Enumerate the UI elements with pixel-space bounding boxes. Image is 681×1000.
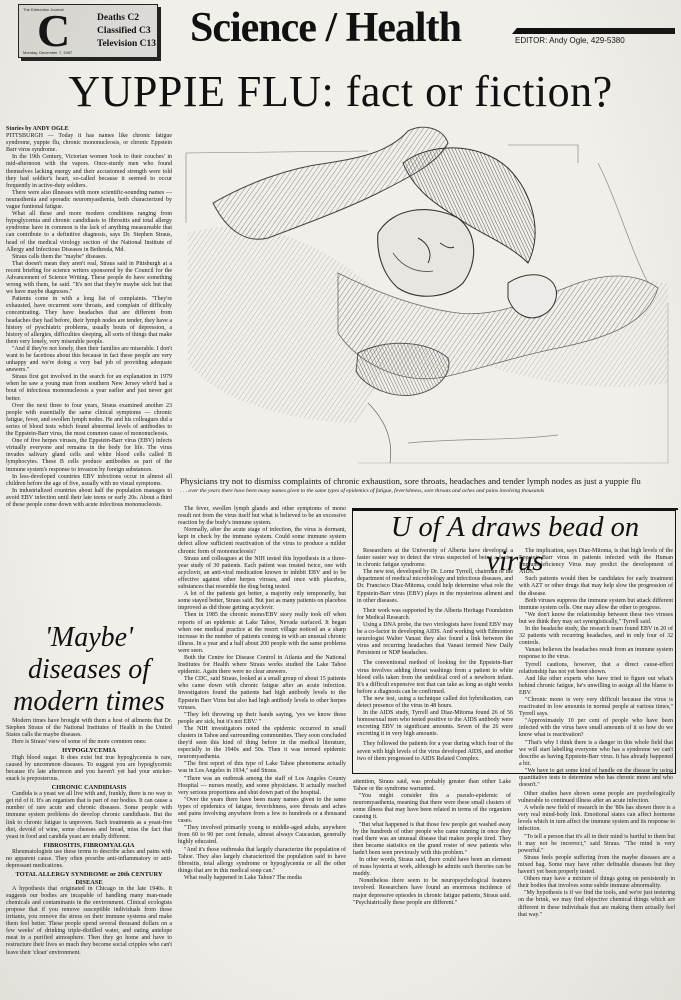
main-headline: YUPPIE FLU: fact or fiction? [0,66,681,118]
paragraph: Others may have a mixture of things goin… [518,876,675,890]
paragraph: "That's why I think there is a danger in… [519,740,673,768]
paragraph: The fever, swollen lymph glands and othe… [178,506,346,527]
paragraph: "There was an outbreak among the staff o… [178,776,346,797]
paragraph: The implication, says Diaz-Mitoma, is th… [519,548,673,576]
paragraph: Their work was supported by the Alberta … [357,608,513,622]
paragraph: Straus calls them the "maybe" diseases. [6,254,172,261]
paragraph: Both viruses suppress the immune system … [519,598,673,612]
paragraph: One of five herpes viruses, the Eppstein… [6,438,172,473]
paragraph: "But what happened is that those few peo… [353,822,511,857]
paragraph: Nonetheless there seem to be neuropsycho… [353,878,511,906]
entry-heading-fibrositis: FIBROSITIS, FIBROMYALGIA [6,842,172,849]
paragraph: "We have to get some kind of handle on t… [519,768,673,789]
title-rule [512,28,675,34]
main-story-column-4: Other studies have shown some people are… [518,791,675,919]
entry-text: Candida is a yeast we all live with and,… [6,791,172,841]
paragraph: Using a DNA probe, the two virologists h… [357,622,513,657]
section-index-box: The Edmonton Journal C Monday, December … [18,4,158,58]
paragraph: The CDC, said Straus, looked at a small … [178,676,346,711]
paragraph: Patients come in with a long list of com… [6,296,172,346]
paragraph: The conventional method of looking for t… [357,660,513,695]
paragraph: Such patients would then be candidates f… [519,576,673,597]
sidebar-column-1: Researchers at the University of Alberta… [357,548,513,763]
entry-text: Rheumatologists use these terms to descr… [6,849,172,870]
paragraph: The new test, developed by Dr. Lorne Tyr… [357,569,513,604]
paragraph: attention, Straus said, was probably gre… [353,779,511,793]
main-story-column-2: The fever, swollen lymph glands and othe… [178,506,346,882]
paragraph: In the headache study, the research team… [519,626,673,647]
maybe-diseases-column: Modern times have brought with them a ho… [6,718,172,957]
paragraph: The NIH investigators noted the epidemic… [178,726,346,761]
main-story-column-1: Stories by ANDY OGLE PITTSBURGH — Today … [6,126,172,509]
illustration-exhausted-man [178,123,678,467]
paragraph: Straus first got involved in the search … [6,374,172,402]
section-title: Science / Health [190,2,461,54]
paragraph: "The first report of this type of Lake T… [178,761,346,775]
paragraph: Here is Straus' view of some of the more… [6,739,172,746]
entry-heading-total-allergy: TOTAL ALLERGY SYNDROME or 20th CENTURY D… [6,871,172,885]
index-item-classified: Classified C3 [97,25,156,38]
paragraph: Both the Centre for Disease Control in A… [178,655,346,676]
section-index: Deaths C2 Classified C3 Television C13 [97,12,156,51]
paragraph: "To tell a person that it's all in their… [518,834,675,855]
main-story-column-3: attention, Straus said, was probably gre… [353,779,511,907]
paragraph: Other studies have shown some people are… [518,791,675,805]
paragraph: In the 19th Century, Victorian women 'to… [6,154,172,189]
issue-date: Monday, December 7, 1987 [23,50,72,55]
paragraph: The new test, using a technique called d… [357,696,513,710]
entry-text: A hypothesis that originated in Chicago … [6,886,172,957]
entry-text: High blood sugar. It does exist but true… [6,755,172,783]
paragraph: "You might consider this a pseudo-epidem… [353,793,511,821]
entry-heading-hypoglycemia: HYPOGLYCEMIA [6,747,172,754]
sidebar-top-rule [352,508,678,510]
paragraph: Vanast believes the headaches result fro… [519,647,673,661]
index-item-deaths: Deaths C2 [97,12,156,25]
paragraph: "My hypothesis is if we find the tools, … [518,890,675,918]
paragraph: Normally, after the acute stage of infec… [178,527,346,555]
paragraph: Straus feels people suffering from the m… [518,855,675,876]
paragraph: "And it's those outbreaks that largely c… [178,847,346,875]
paragraph: "Over the years there have been many nam… [178,797,346,825]
paragraph: In the AIDS study, Tyrrell and Diaz-Mito… [357,710,513,738]
paragraph: They followed the patients for a year du… [357,741,513,762]
section-letter: C [37,8,70,54]
paragraph: Researchers at the University of Alberta… [357,548,513,569]
paragraph: A lot of the patients got better, a majo… [178,591,346,612]
paragraph: "Approximately 10 per cent of people who… [519,718,673,739]
paragraph: "They left throwing up their hands sayin… [178,712,346,726]
paragraph: In other words, Straus said, there could… [353,857,511,878]
sidebar-column-2: The implication, says Diaz-Mitoma, is th… [519,548,673,789]
paragraph: Over the next three to four years, Strau… [6,403,172,438]
paragraph: "Chronic mono is very very difficult bec… [519,697,673,718]
index-item-television: Television C13 [97,38,156,51]
paragraph: What really happened in Lake Tahoe? The … [178,875,346,882]
paragraph: Then in 1985 the chronic mono/EBV story … [178,612,346,655]
maybe-diseases-headline: 'Maybe' diseases of modern times [4,622,174,718]
editor-line: EDITOR: Andy Ogle, 429-5380 [515,36,625,45]
paragraph: PITTSBURGH — Today it has names like chr… [6,133,172,154]
paragraph: A whole new field of research in the '80… [518,805,675,833]
paragraph: That doesn't mean they aren't real, Stra… [6,261,172,296]
paragraph: In less-developed countries EBV infectio… [6,474,172,488]
sketch-illustration-icon [178,123,678,467]
paragraph: "They involved primarily young to middle… [178,825,346,846]
paragraph: And like other experts who have tried to… [519,676,673,697]
illustration-caption: Physicians try not to dismiss complaints… [180,476,678,486]
paragraph: There were also illnesses with more scie… [6,190,172,211]
paragraph: Tyrrell cautions, however, that a direct… [519,662,673,676]
paragraph: What all these and more modern condition… [6,211,172,254]
paragraph: Modern times have brought with them a ho… [6,718,172,739]
paragraph: In industrialized countries about half t… [6,488,172,509]
paragraph: Straus and colleagues at the NIH tested … [178,556,346,591]
paragraph: "We don't know the relationship between … [519,612,673,626]
illustration-subcaption: . . . over the years there have been man… [180,488,678,495]
paragraph: "And if they're not lonely, then their f… [6,346,172,374]
